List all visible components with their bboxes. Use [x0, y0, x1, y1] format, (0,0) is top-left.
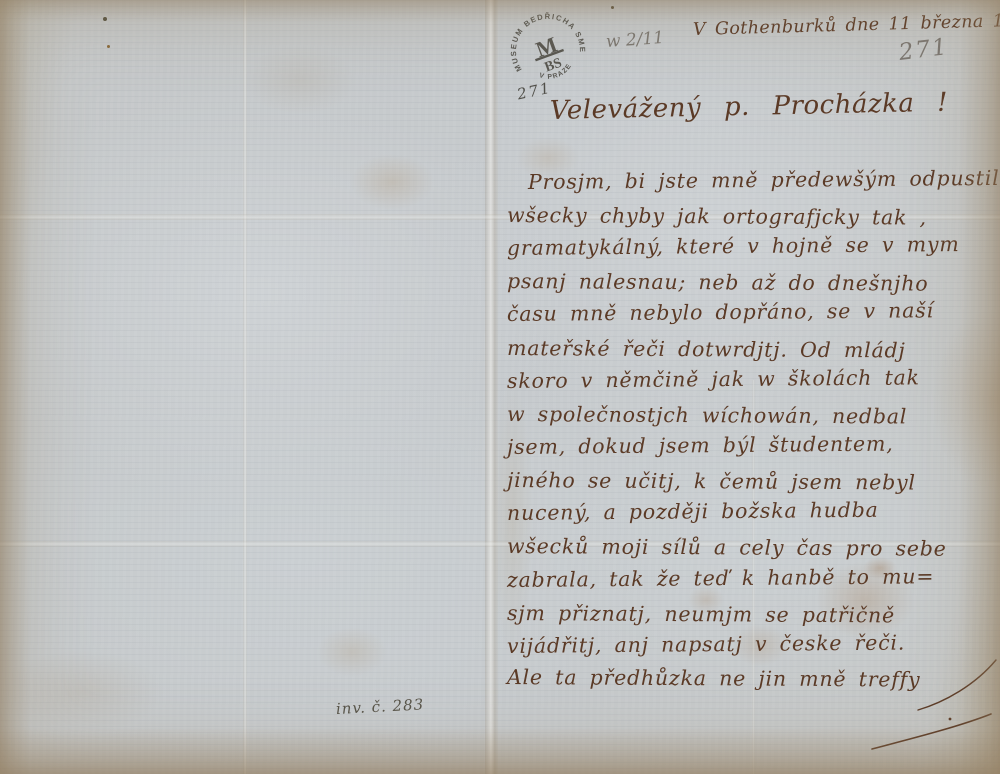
- letter-line: jiného se učitj, k čemů jsem nebyl: [507, 468, 916, 494]
- letter-line: wšecků moji sílů a cely čas pro sebe: [507, 534, 947, 561]
- letter-line: mateřské řeči dotwrdjtj. Od mládj: [507, 336, 906, 362]
- ink-dot: [949, 718, 952, 721]
- salutation: Velevážený p. Procházka !: [550, 88, 949, 126]
- letter-line: psanj nalesnau; neb až do dnešnjho: [507, 269, 929, 296]
- fold-crease-vertical-left: [243, 0, 247, 774]
- letter-line: sjm přiznatj, neumjm se patřičně: [507, 601, 895, 627]
- pencil-archive-code: w 2/11: [605, 28, 664, 52]
- letter-line: Prosjm, bi jste mně předewšým odpustil: [528, 166, 1000, 194]
- letter-line: gramatykálný, které v hojně se v mym: [507, 232, 960, 260]
- letter-line: zabrala, tak že teď k hanbě to mu=: [507, 564, 934, 592]
- flourish-upstroke: [918, 660, 996, 710]
- inventory-number: inv. č. 283: [336, 695, 425, 718]
- paper-speck: [611, 6, 614, 9]
- letter-scan: MUSEUM BEDŘICHA SMETANY V PRAZE M BS 271…: [0, 0, 1000, 774]
- letter-line: w společnostjch wíchowán, nedbal: [507, 402, 907, 428]
- letter-line: Ale ta předhůzka ne jin mně treffy: [507, 665, 921, 692]
- paper-speck: [103, 17, 107, 21]
- flourish-dash: [872, 714, 991, 749]
- letter-line: jsem, dokud jsem býl študentem,: [507, 432, 894, 459]
- letter-line: vijádřitj, anj napsatj v česke řeči.: [507, 631, 905, 658]
- letter-line: nucený, a později božska hudba: [507, 498, 879, 525]
- dateline: V Gothenburků dne 11 března 1860.: [693, 10, 1000, 40]
- letter-line: času mně nebylo dopřáno, se v naší: [507, 298, 934, 326]
- letter-line: skoro v němčině jak w školách tak: [507, 365, 920, 393]
- pencil-page-number: 271: [897, 34, 950, 66]
- paper-speck: [107, 45, 110, 48]
- letter-line: wšecky chyby jak ortografjcky tak ,: [507, 203, 927, 230]
- fold-crease-gutter: [485, 0, 498, 774]
